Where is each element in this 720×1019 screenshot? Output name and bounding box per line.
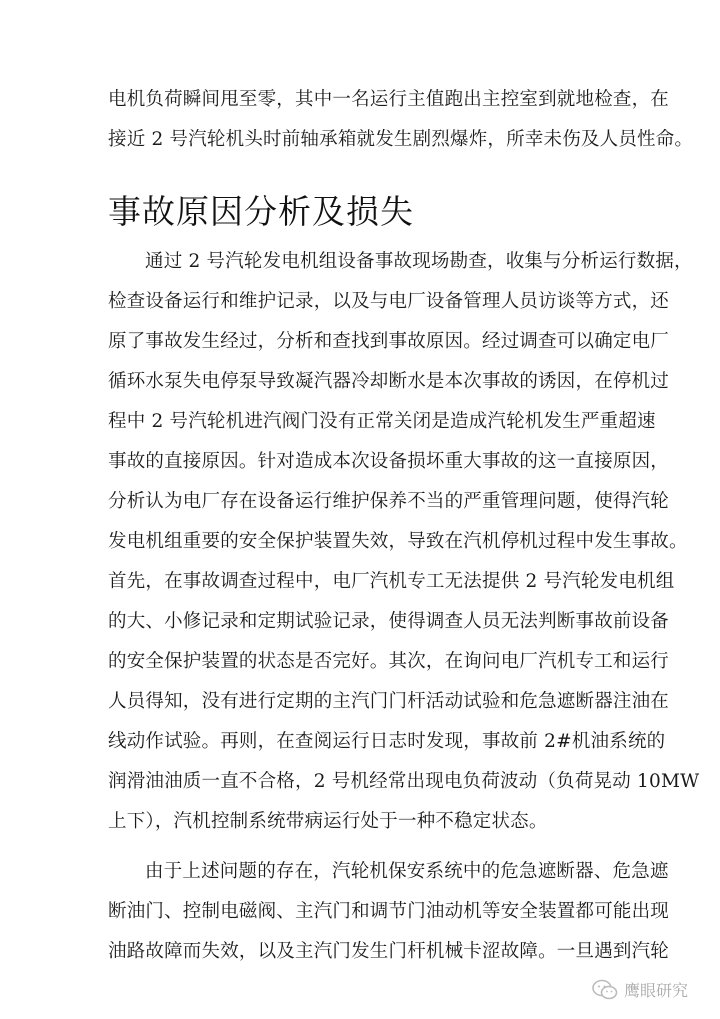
text-line: 上下），汽机控制系统带病运行处于一种不稳定状态。 bbox=[108, 810, 688, 834]
wechat-icon bbox=[592, 979, 618, 1001]
text-line: 人员得知，没有进行定期的主汽门门杆活动试验和危急遮断器注油在 bbox=[108, 690, 688, 714]
text-line: 断油门、控制电磁阀、主汽门和调节门油动机等安全装置都可能出现 bbox=[108, 900, 688, 924]
document-page: 电机负荷瞬间甩至零，其中一名运行主值跑出主控室到就地检查，在 接近 2 号汽轮机… bbox=[0, 0, 720, 1019]
text-line: 分析认为电厂存在设备运行维护保养不当的严重管理问题，使得汽轮 bbox=[108, 490, 688, 514]
text-line: 通过 2 号汽轮发电机组设备事故现场勘查，收集与分析运行数据， bbox=[145, 250, 720, 274]
text-line: 首先，在事故调查过程中，电厂汽机专工无法提供 2 号汽轮发电机组 bbox=[108, 570, 688, 594]
text-line: 的大、小修记录和定期试验记录，使得调查人员无法判断事故前设备 bbox=[108, 610, 688, 634]
text-line: 发电机组重要的安全保护装置失效，导致在汽机停机过程中发生事故。 bbox=[108, 530, 688, 554]
text-line: 电机负荷瞬间甩至零，其中一名运行主值跑出主控室到就地检查，在 bbox=[108, 88, 688, 112]
watermark-text: 鹰眼研究 bbox=[624, 978, 688, 1001]
section-heading: 事故原因分析及损失 bbox=[108, 192, 414, 232]
text-line: 事故的直接原因。针对造成本次设备损坏重大事故的这一直接原因， bbox=[108, 450, 688, 474]
watermark: 鹰眼研究 bbox=[592, 978, 688, 1001]
text-line: 的安全保护装置的状态是否完好。其次，在询问电厂汽机专工和运行 bbox=[108, 650, 688, 674]
text-line: 由于上述问题的存在，汽轮机保安系统中的危急遮断器、危急遮 bbox=[145, 860, 720, 884]
text-line: 检查设备运行和维护记录，以及与电厂设备管理人员访谈等方式，还 bbox=[108, 290, 688, 314]
text-line: 油路故障而失效，以及主汽门发生门杆机械卡涩故障。一旦遇到汽轮 bbox=[108, 940, 688, 964]
text-line: 程中 2 号汽轮机进汽阀门没有正常关闭是造成汽轮机发生严重超速 bbox=[108, 410, 688, 434]
text-line: 线动作试验。再则，在查阅运行日志时发现，事故前 2#机油系统的 bbox=[108, 730, 688, 754]
text-line: 原了事故发生经过，分析和查找到事故原因。经过调查可以确定电厂 bbox=[108, 330, 688, 354]
text-line: 接近 2 号汽轮机头时前轴承箱就发生剧烈爆炸，所幸未伤及人员性命。 bbox=[108, 128, 688, 152]
text-line: 循环水泵失电停泵导致凝汽器冷却断水是本次事故的诱因，在停机过 bbox=[108, 370, 688, 394]
text-line: 润滑油油质一直不合格，2 号机经常出现电负荷波动（负荷晃动 10MW bbox=[108, 770, 688, 794]
